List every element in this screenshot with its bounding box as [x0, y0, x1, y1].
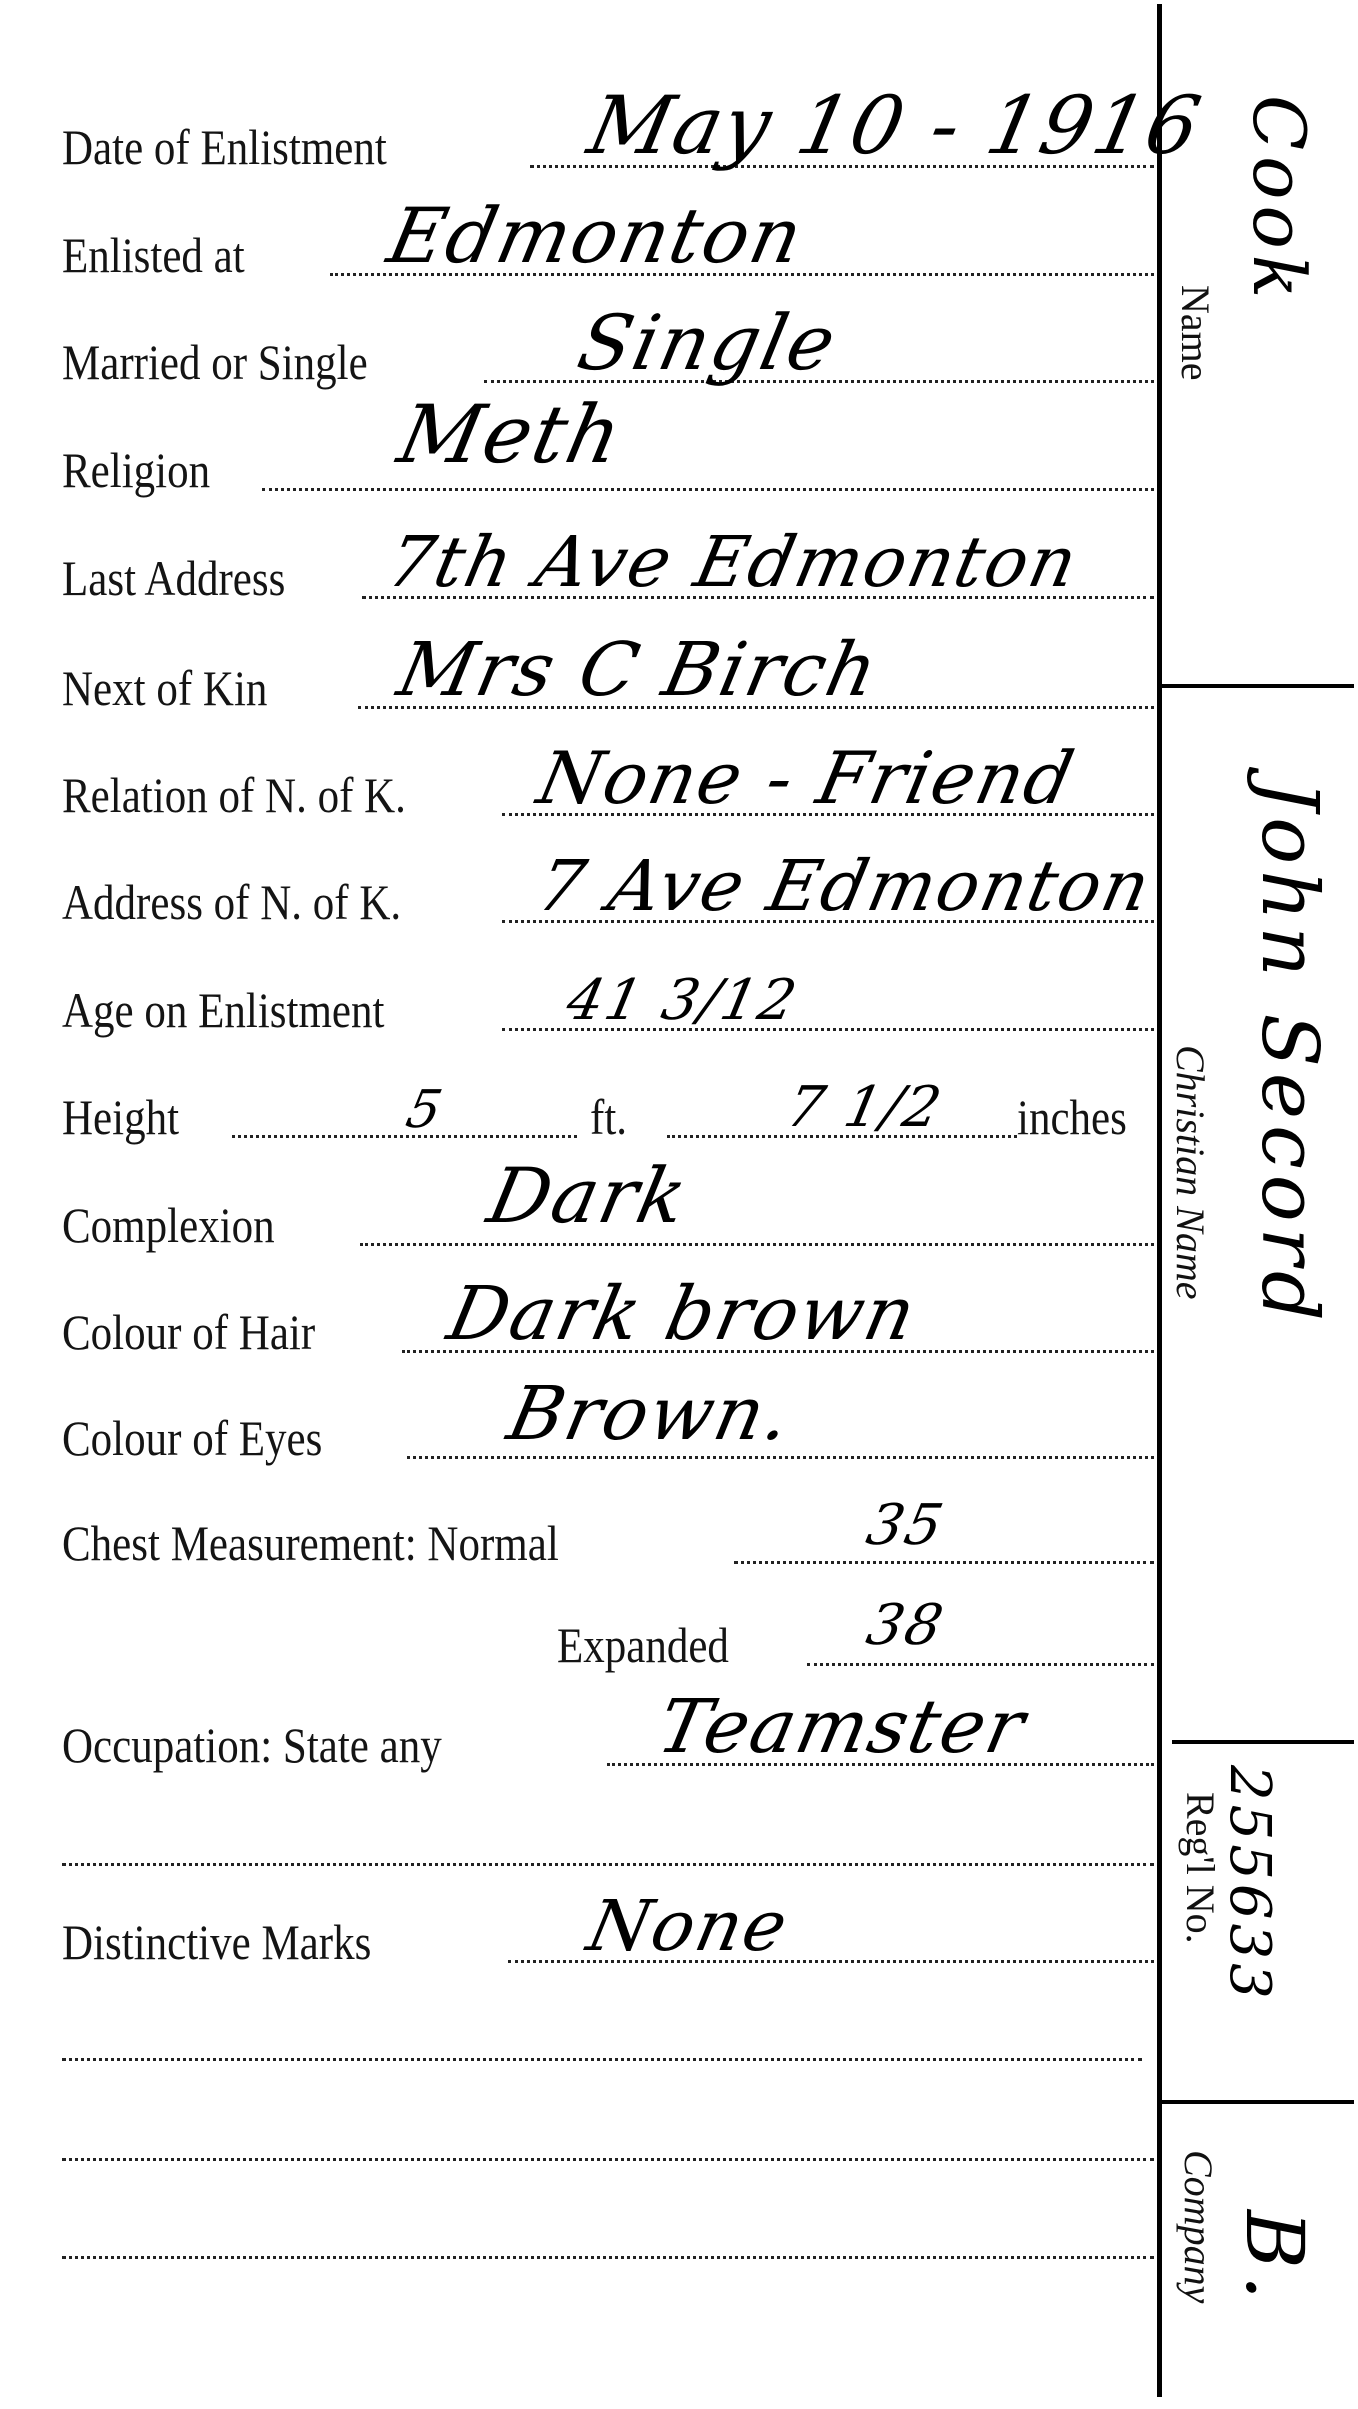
- field-value: Dark: [482, 1158, 695, 1234]
- field-value: 41 3/12: [562, 973, 803, 1029]
- side-panel-divider: [1157, 4, 1162, 2397]
- field-enlisted-at: Enlisted at Edmonton: [62, 220, 1154, 280]
- blank-line: [62, 2105, 1154, 2165]
- field-label: Distinctive Marks: [62, 1917, 371, 1967]
- field-colour-of-eyes: Colour of Eyes Brown.: [62, 1403, 1154, 1463]
- field-chest-normal: Chest Measurement: Normal 35: [62, 1508, 1154, 1568]
- field-label: Address of N. of K.: [62, 877, 401, 927]
- field-date-of-enlistment: Date of Enlistment May 10 - 1916: [62, 112, 1154, 172]
- field-label: Complexion: [62, 1200, 275, 1250]
- field-complexion: Complexion Dark: [62, 1190, 1154, 1250]
- field-value: 7th Ave Edmonton: [382, 527, 1085, 597]
- field-distinctive-marks: Distinctive Marks None: [62, 1907, 1154, 1967]
- field-occupation-continued: [62, 1810, 1154, 1870]
- field-label: Chest Measurement: Normal: [62, 1518, 559, 1568]
- field-value: May 10 - 1916: [582, 86, 1209, 166]
- field-value: 7 Ave Edmonton: [532, 851, 1157, 921]
- field-label: Expanded: [557, 1620, 729, 1670]
- company-value: B.: [1238, 2210, 1310, 2306]
- dotted-line: [62, 2158, 1154, 2161]
- feet-unit-label: ft.: [590, 1092, 627, 1142]
- dotted-line: [360, 1243, 1154, 1246]
- field-address-of-next-of-kin: Address of N. of K. 7 Ave Edmonton: [62, 867, 1154, 927]
- field-label: Married or Single: [62, 337, 368, 387]
- field-value: 35: [862, 1498, 949, 1554]
- blank-line: [62, 2005, 1154, 2065]
- side-divider-2: [1172, 1740, 1354, 1744]
- dotted-line: [62, 1863, 1154, 1866]
- field-chest-expanded: Expanded 38: [62, 1610, 1154, 1670]
- field-height: Height 5 ft. 7 1/2 inches: [62, 1082, 1154, 1142]
- name-value: Cook: [1243, 95, 1315, 304]
- field-age-on-enlistment: Age on Enlistment 41 3/12: [62, 975, 1154, 1035]
- field-value: Edmonton: [382, 198, 810, 274]
- field-value: Single: [572, 305, 843, 381]
- field-label: Age on Enlistment: [62, 985, 384, 1035]
- height-feet-value: 5: [402, 1084, 448, 1136]
- field-label: Last Address: [62, 553, 285, 603]
- attestation-card: Date of Enlistment May 10 - 1916 Enliste…: [0, 0, 1358, 2409]
- field-occupation: Occupation: State any Teamster: [62, 1710, 1154, 1770]
- dotted-line: [262, 488, 1154, 491]
- regimental-number-value: 255633: [1213, 1765, 1285, 2003]
- field-value: 38: [862, 1598, 949, 1654]
- field-value: Teamster: [652, 1690, 1032, 1764]
- field-last-address: Last Address 7th Ave Edmonton: [62, 543, 1154, 603]
- field-label: Colour of Hair: [62, 1307, 315, 1357]
- height-inches-value: 7 1/2: [782, 1080, 947, 1136]
- field-value: Brown.: [502, 1377, 799, 1451]
- inches-unit-label: inches: [1017, 1092, 1127, 1142]
- name-label: Name: [1175, 285, 1215, 381]
- field-label: Date of Enlistment: [62, 122, 387, 172]
- field-value: None - Friend: [532, 742, 1081, 814]
- field-colour-of-hair: Colour of Hair Dark brown: [62, 1297, 1154, 1357]
- side-divider-1: [1162, 684, 1354, 688]
- field-value: Mrs C Birch: [392, 633, 885, 707]
- company-label: Company: [1178, 2150, 1218, 2303]
- field-label: Next of Kin: [62, 663, 267, 713]
- field-married-or-single: Married or Single Single: [62, 327, 1154, 387]
- christian-name-value: John Secord: [1253, 780, 1325, 1327]
- dotted-line: [734, 1561, 1154, 1564]
- field-label: Colour of Eyes: [62, 1413, 322, 1463]
- dotted-line: [807, 1663, 1154, 1666]
- field-label: Height: [62, 1092, 179, 1142]
- christian-name-label: Christian Name: [1170, 1045, 1210, 1299]
- blank-line: [62, 2203, 1154, 2263]
- field-value: Dark brown: [442, 1277, 923, 1351]
- dotted-line: [62, 2058, 1142, 2061]
- field-relation-of-next-of-kin: Relation of N. of K. None - Friend: [62, 760, 1154, 820]
- field-religion: Religion Meth: [62, 435, 1154, 495]
- field-next-of-kin: Next of Kin Mrs C Birch: [62, 653, 1154, 713]
- field-value: Meth: [392, 395, 630, 475]
- field-label: Enlisted at: [62, 230, 245, 280]
- dotted-line: [62, 2256, 1154, 2259]
- field-label: Religion: [62, 445, 210, 495]
- field-label: Relation of N. of K.: [62, 770, 406, 820]
- side-divider-3: [1162, 2100, 1354, 2104]
- field-value: None: [582, 1891, 795, 1961]
- field-label: Occupation: State any: [62, 1720, 442, 1770]
